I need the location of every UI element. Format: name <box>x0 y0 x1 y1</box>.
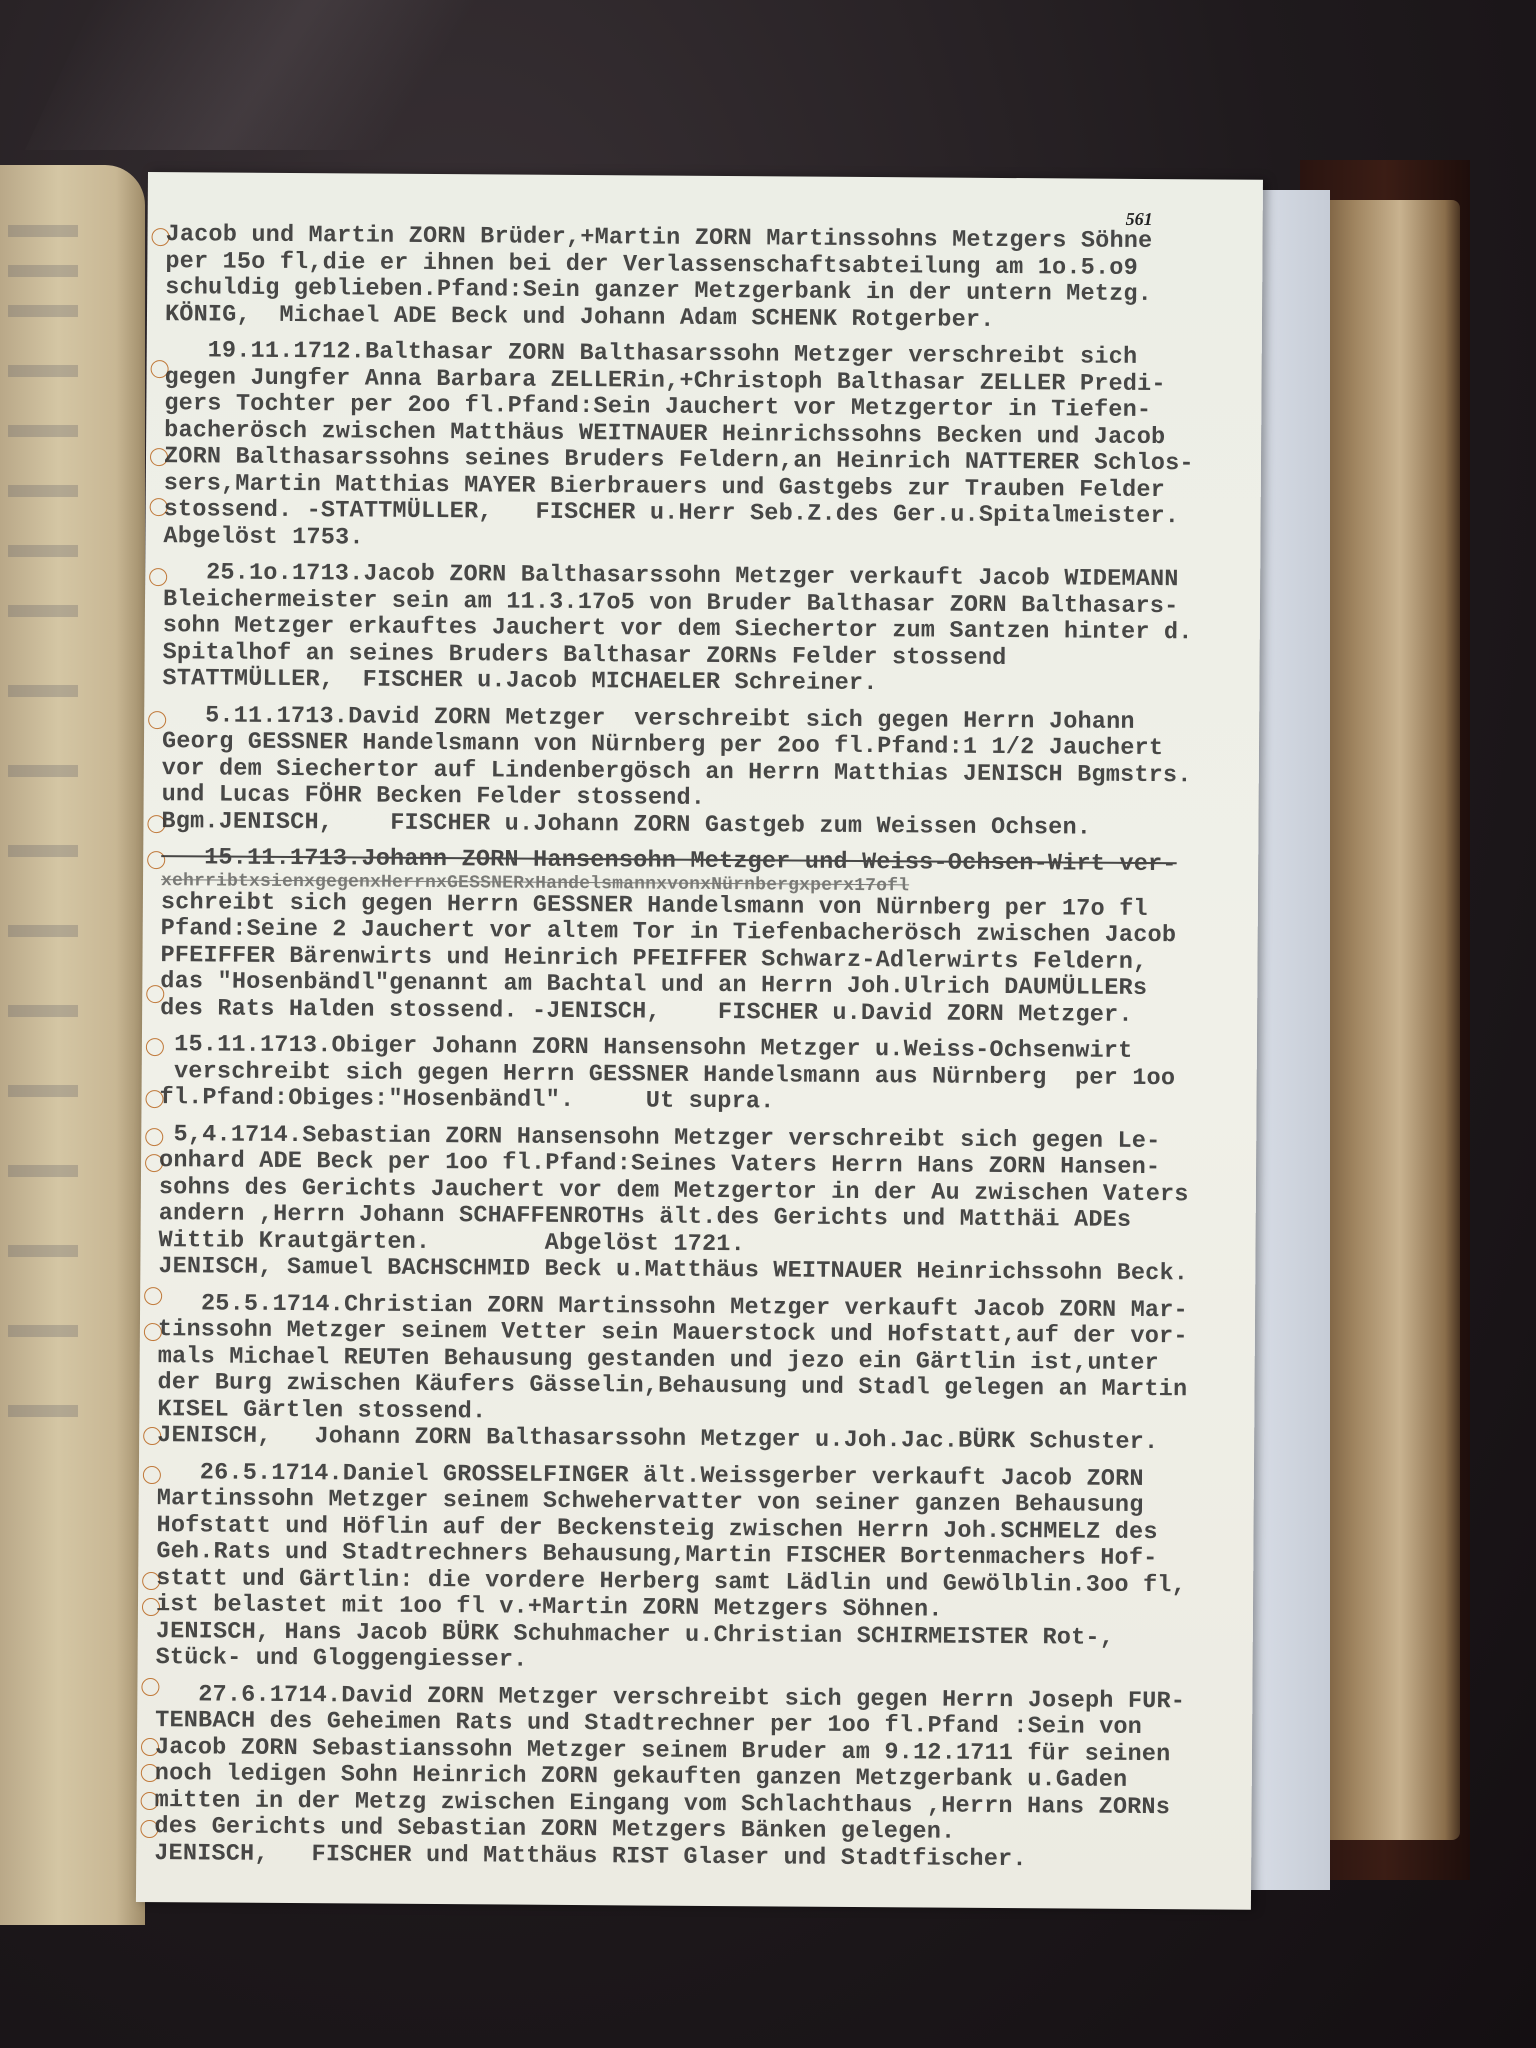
page-number: 561 <box>1126 209 1153 230</box>
bleed-through-text <box>8 1325 78 1337</box>
record-entry: 5.11.1713.David ZORN Metzger verschreibt… <box>161 703 1247 843</box>
underlying-page-stack <box>1250 190 1330 1890</box>
background-fabric <box>25 0 615 150</box>
record-entry: 25.5.1714.Christian ZORN Martinssohn Met… <box>157 1291 1243 1458</box>
bleed-through-text <box>8 1405 78 1417</box>
bleed-through-text <box>8 485 78 497</box>
entry-witness-line: JENISCH, Johann ZORN Balthasarssohn Metz… <box>157 1423 1242 1457</box>
bleed-through-text <box>8 1005 78 1017</box>
bleed-through-text <box>8 425 78 437</box>
record-entry: 19.11.1712.Balthasar ZORN Balthasarssohn… <box>163 338 1249 558</box>
bleed-through-text <box>8 925 78 937</box>
entry-witness-line: Bgm.JENISCH, FISCHER u.Johann ZORN Gastg… <box>161 809 1246 843</box>
bleed-through-text <box>8 1165 78 1177</box>
record-entry: 15.11.1713.Obiger Johann ZORN Hansensohn… <box>159 1032 1245 1119</box>
record-entry: 26.5.1714.Daniel GROSSELFINGER ält.Weiss… <box>156 1460 1242 1680</box>
bleed-through-text <box>8 305 78 317</box>
bleed-through-text <box>8 1085 78 1097</box>
book-page-edges <box>1310 200 1460 1840</box>
record-entry: Jacob und Martin ZORN Brüder,+Martin ZOR… <box>165 222 1251 336</box>
left-facing-page <box>0 165 145 1925</box>
bleed-through-text <box>8 845 78 857</box>
bleed-through-text <box>8 605 78 617</box>
record-entry: 5,4.1714.Sebastian ZORN Hansensohn Metzg… <box>158 1122 1244 1289</box>
bleed-through-text <box>8 225 78 237</box>
record-entries: Jacob und Martin ZORN Brüder,+Martin ZOR… <box>154 222 1251 1885</box>
entry-witness-line: JENISCH, Samuel BACHSCHMID Beck u.Matthä… <box>158 1254 1243 1288</box>
record-entry: 15.11.1713.Johann ZORN Hansensohn Metzge… <box>160 845 1246 1030</box>
typewritten-page: 561 Jacob und Martin ZORN Brüder,+Martin… <box>136 172 1263 1910</box>
bleed-through-text <box>8 545 78 557</box>
record-entry: 25.1o.1713.Jacob ZORN Balthasarssohn Met… <box>162 560 1248 700</box>
bleed-through-text <box>8 1245 78 1257</box>
bleed-through-text <box>8 265 78 277</box>
bleed-through-text <box>8 765 78 777</box>
record-entry: 27.6.1714.David ZORN Metzger verschreibt… <box>154 1682 1240 1875</box>
bleed-through-text <box>8 365 78 377</box>
entry-witness-line: des Rats Halden stossend. -JENISCH, FISC… <box>160 996 1245 1030</box>
bleed-through-text <box>8 685 78 697</box>
